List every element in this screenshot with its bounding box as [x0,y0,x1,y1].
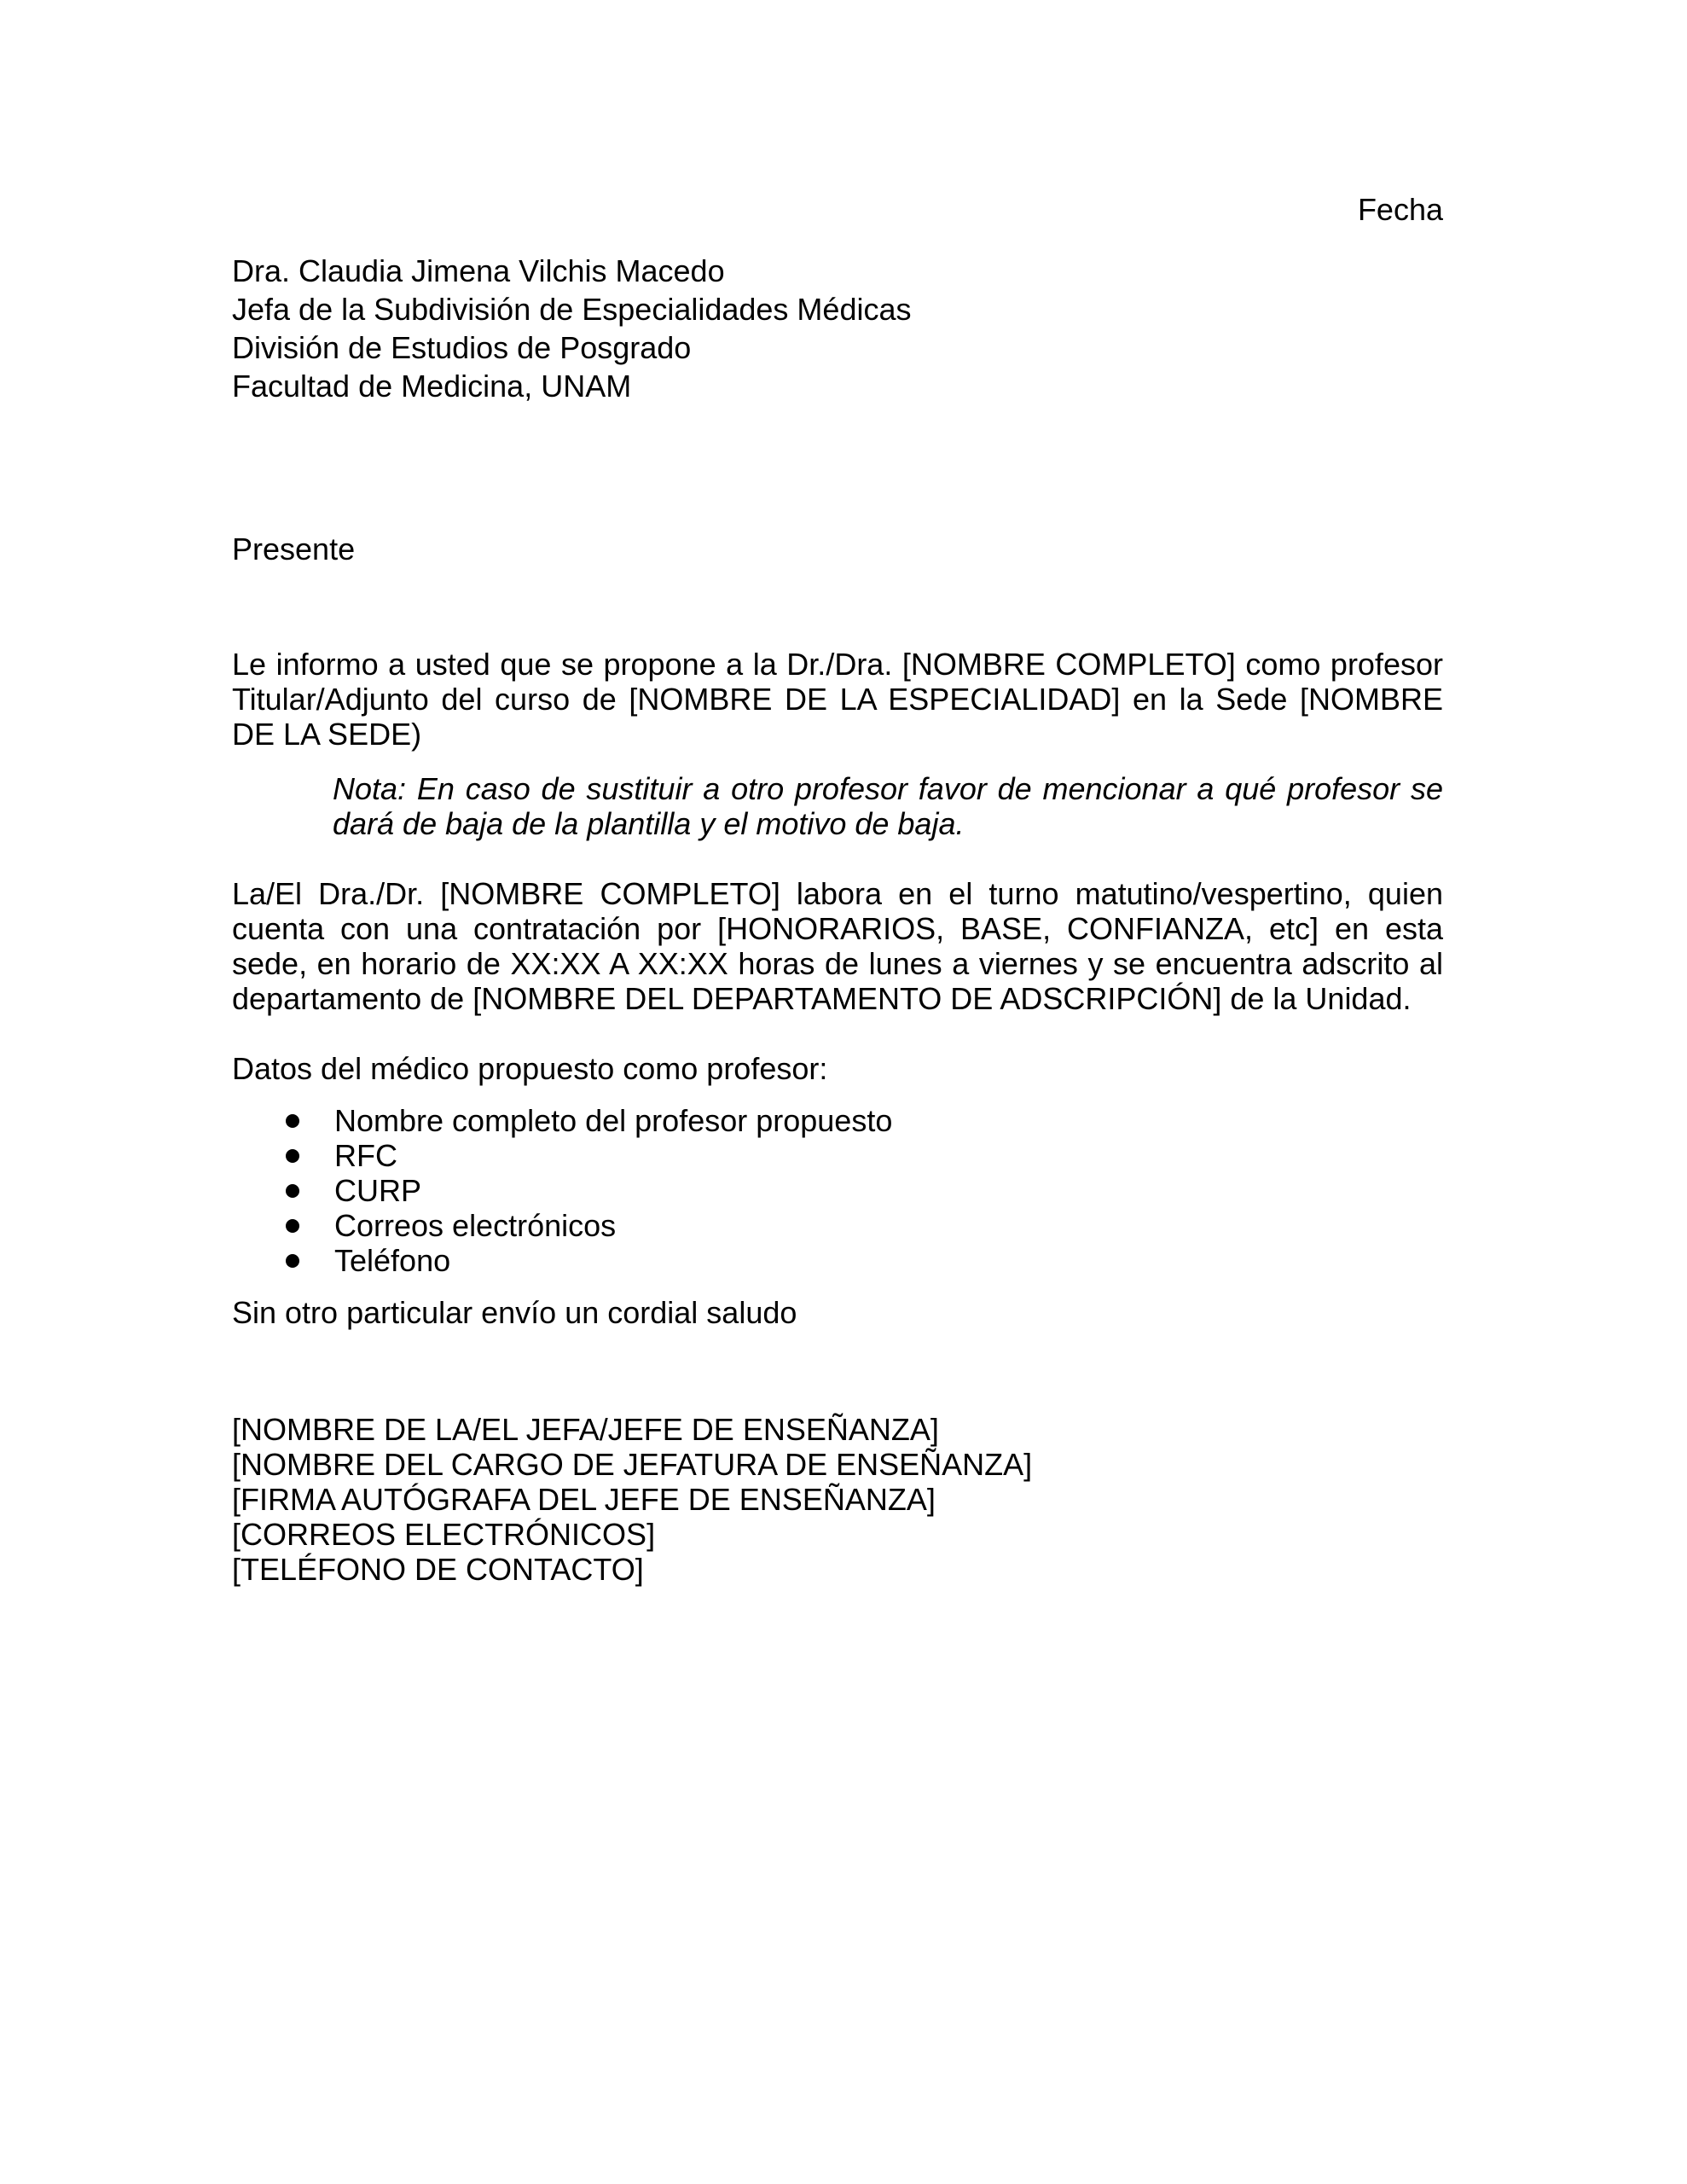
recipient-division: División de Estudios de Posgrado [232,328,911,367]
bullet-icon [286,1254,299,1268]
signature-emails: [CORREOS ELECTRÓNICOS] [232,1517,1032,1552]
proposal-paragraph: Le informo a usted que se propone a la D… [232,647,1443,752]
datos-list: Nombre completo del profesor propuesto R… [232,1103,892,1278]
recipient-institution: Facultad de Medicina, UNAM [232,367,911,405]
list-item: Nombre completo del profesor propuesto [232,1103,892,1138]
employment-paragraph: La/El Dra./Dr. [NOMBRE COMPLETO] labora … [232,876,1443,1016]
recipient-name: Dra. Claudia Jimena Vilchis Macedo [232,252,911,290]
list-item: Correos electrónicos [232,1208,892,1243]
list-item: CURP [232,1173,892,1208]
bullet-icon [286,1219,299,1233]
document-page: Fecha Dra. Claudia Jimena Vilchis Macedo… [0,0,1687,2184]
list-item-label: RFC [334,1138,397,1173]
list-item-label: CURP [334,1173,421,1208]
list-item: Teléfono [232,1243,892,1278]
signature-phone: [TELÉFONO DE CONTACTO] [232,1552,1032,1587]
bullet-icon [286,1184,299,1198]
list-item-label: Teléfono [334,1243,450,1278]
bullet-icon [286,1149,299,1163]
salutation: Presente [232,531,355,566]
substitution-note: Nota: En caso de sustituir a otro profes… [333,771,1443,841]
signature-block: [NOMBRE DE LA/EL JEFA/JEFE DE ENSEÑANZA]… [232,1412,1032,1587]
list-item-label: Correos electrónicos [334,1208,616,1243]
bullet-icon [286,1114,299,1128]
list-item: RFC [232,1138,892,1173]
recipient-block: Dra. Claudia Jimena Vilchis Macedo Jefa … [232,252,911,405]
date-label: Fecha [1358,192,1443,227]
signature-position: [NOMBRE DEL CARGO DE JEFATURA DE ENSEÑAN… [232,1447,1032,1482]
signature-name: [NOMBRE DE LA/EL JEFA/JEFE DE ENSEÑANZA] [232,1412,1032,1447]
list-item-label: Nombre completo del profesor propuesto [334,1103,892,1138]
recipient-title: Jefa de la Subdivisión de Especialidades… [232,290,911,328]
datos-heading: Datos del médico propuesto como profesor… [232,1051,827,1086]
signature-autograph: [FIRMA AUTÓGRAFA DEL JEFE DE ENSEÑANZA] [232,1482,1032,1517]
closing-line: Sin otro particular envío un cordial sal… [232,1295,797,1330]
